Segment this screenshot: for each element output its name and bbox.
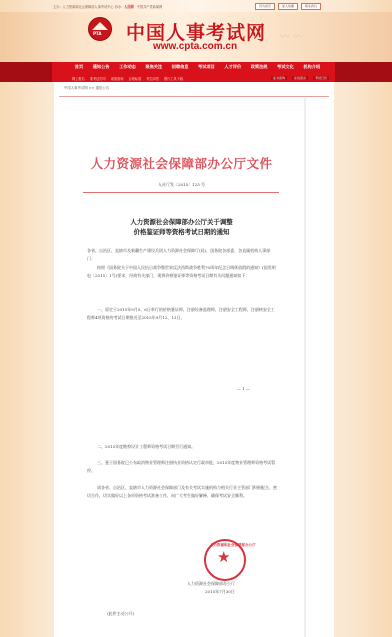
nav-notices[interactable]: 通知公告 — [93, 64, 110, 73]
paragraph-intro: 按照《国务院关于中国人民抗日战争暨世界反法西斯战争胜利70周年纪念日调休放假的通… — [87, 264, 277, 281]
nav-score-query[interactable]: 成绩查询 — [111, 76, 124, 81]
nav-home[interactable]: 首页 — [75, 64, 83, 73]
nav-faq[interactable]: 考生问答 — [146, 76, 159, 81]
nav-focus[interactable]: 聚焦关注 — [145, 64, 162, 73]
nav-pass-standard[interactable]: 合格标准 — [128, 76, 141, 81]
partner-suffix[interactable]: · 中国共产党新闻网 — [134, 5, 163, 9]
page-number: — 1 — — [237, 386, 250, 391]
logo-roof-icon — [92, 22, 108, 30]
exam-calendar-button[interactable]: 考试日历 — [313, 76, 329, 80]
partner-link[interactable]: 人民网 — [124, 5, 134, 9]
site-url[interactable]: www.cpta.com.cn — [153, 41, 237, 52]
content-area: 中国人事考试网 >> 通知公告 人力资源社会保障部办公厅文件 人社厅发〔2015… — [54, 82, 334, 637]
breadcrumb[interactable]: 中国人事考试网 >> 通知公告 — [64, 85, 109, 90]
decorative-birds-icon: 〰 〰 — [280, 28, 303, 43]
document-image: 人力资源社会保障部办公厅文件 人社厅发〔2015〕125 号 人力资源社会保障部… — [59, 98, 306, 637]
logo-text: PTA — [93, 31, 101, 36]
nav-policies[interactable]: 政策法规 — [251, 64, 268, 73]
addressee: 各省、自治区、直辖市及新疆生产建设兵团人力资源社会保障厅(局)，国务院各部委、各… — [87, 247, 277, 264]
nav-work-news[interactable]: 工作动态 — [119, 64, 136, 73]
online-message-button[interactable]: 在线留言 — [292, 76, 308, 80]
nav-recruitment[interactable]: 招聘信息 — [172, 64, 189, 73]
item-1: 一、原定于2015年9月5、6日举行的价格鉴证师、注册设备监理师、注册安全工程师… — [87, 306, 277, 323]
host-text: 主办：人力资源和社会保障部人事考试中心 协办： — [53, 5, 124, 9]
seal-star-icon: ★ — [217, 550, 230, 565]
add-favorite-link[interactable]: 加入收藏 — [278, 3, 298, 10]
nav-exam-culture[interactable]: 考试文化 — [277, 64, 294, 73]
breadcrumb-divider — [59, 96, 329, 97]
set-homepage-link[interactable]: 设为首页 — [255, 3, 275, 10]
title-line-2: 价格鉴证师等资格考试日期的通知 — [59, 227, 304, 237]
signer: 人力资源社会保障部办公厅 — [187, 581, 235, 587]
paragraph-final: 请各省、自治区、直辖市人力资源社会保障部门及有关考试实施机构与相关行业主管部门积… — [87, 484, 277, 501]
public-note: (此件主动公开) — [107, 611, 134, 617]
nav-about[interactable]: 机构介绍 — [303, 64, 320, 73]
nav-photo-tool[interactable]: 图片工具下载 — [164, 76, 183, 81]
item-3: 三、鉴于国务院已公布取消物业管理师注册执业资格认定行政审批，2015年度物业管理… — [87, 459, 277, 476]
document-number: 人社厅发〔2015〕125 号 — [59, 182, 304, 188]
certificate-query-button[interactable]: 证书查询 — [271, 76, 287, 80]
red-divider — [83, 192, 279, 193]
nav-online-registration[interactable]: 网上报名 — [72, 76, 85, 81]
nav-admission-ticket[interactable]: 准考证打印 — [90, 76, 106, 81]
contact-us-link[interactable]: 联系我们 — [301, 3, 321, 10]
title-line-1: 人力资源社会保障部办公厅关于调整 — [59, 217, 304, 227]
document-title: 人力资源社会保障部办公厅关于调整 价格鉴证师等资格考试日期的通知 — [59, 217, 304, 237]
official-seal-icon: 人力资源和社会保障部办公厅 ★ — [204, 539, 246, 581]
document-header: 人力资源社会保障部办公厅文件 — [59, 154, 304, 172]
top-links: 设为首页 加入收藏 联系我们 — [255, 3, 321, 10]
nav-main-row: 首页 通知公告 工作动态 聚焦关注 招聘信息 考试项目 人才评价 政策法规 考试… — [52, 62, 335, 73]
nav-exam-items[interactable]: 考试项目 — [198, 64, 215, 73]
nav-sub-row: 网上报名 准考证打印 成绩查询 合格标准 考生问答 图片工具下载 证书查询 在线… — [52, 73, 335, 82]
sign-date: 2015年7月30日 — [205, 589, 235, 595]
main-navigation: 首页 通知公告 工作动态 聚焦关注 招聘信息 考试项目 人才评价 政策法规 考试… — [52, 62, 335, 82]
top-bar: 主办：人力资源和社会保障部人事考试中心 协办：人民网 · 中国共产党新闻网 设为… — [0, 0, 392, 12]
site-logo-icon[interactable]: PTA — [88, 17, 112, 41]
item-2: 二、2015年度勘察设计工程师资格考试日期另行通知。 — [87, 443, 277, 451]
nav-talent-evaluation[interactable]: 人才评价 — [224, 64, 241, 73]
host-info: 主办：人力资源和社会保障部人事考试中心 协办：人民网 · 中国共产党新闻网 — [53, 4, 162, 9]
